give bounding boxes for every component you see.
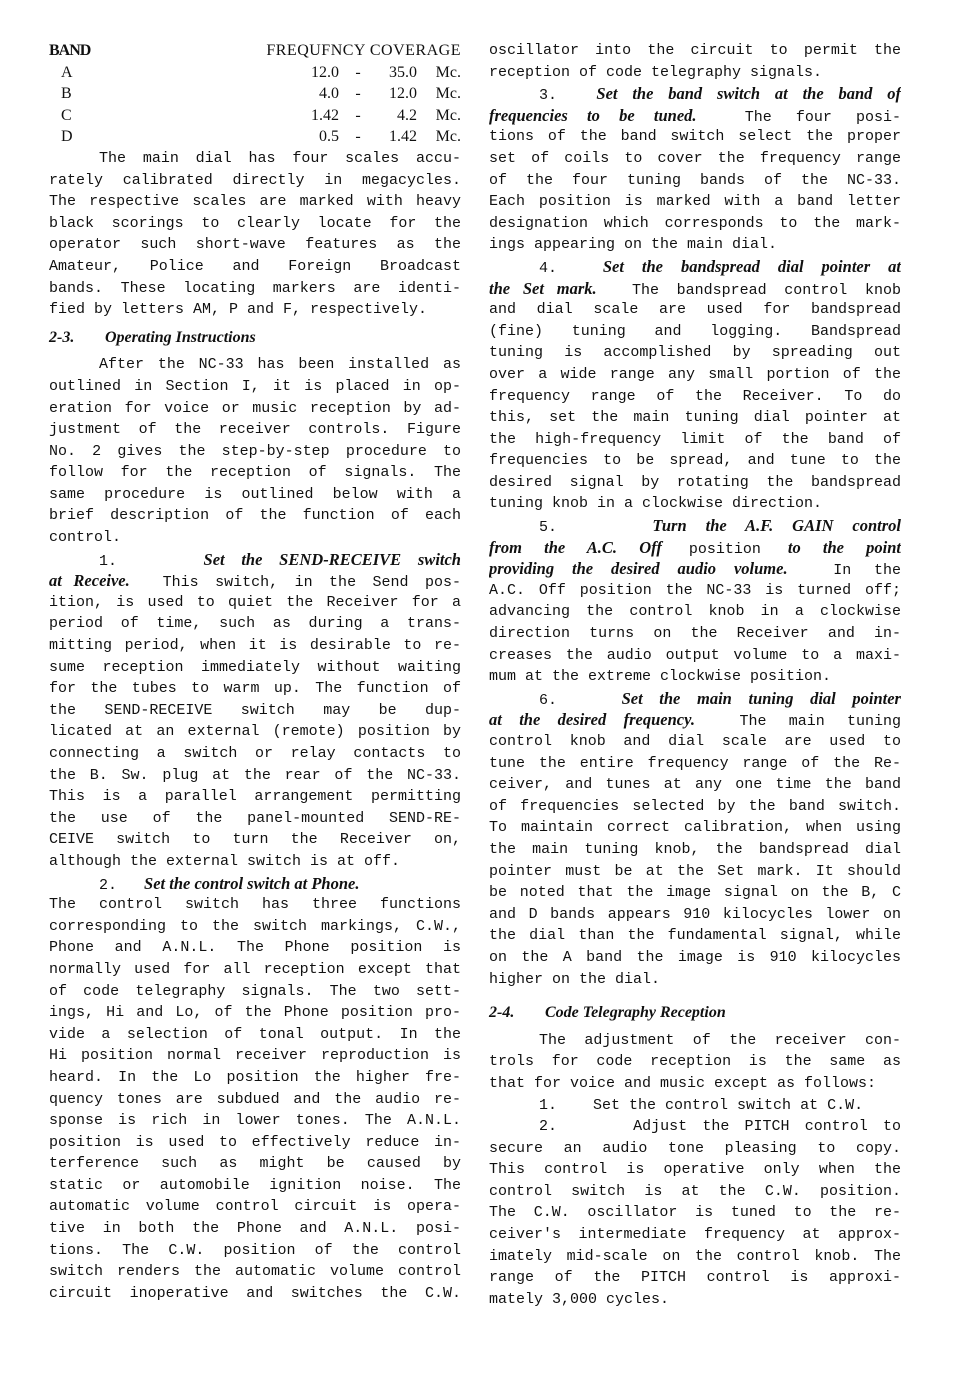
text-line: Hi position normal receiver reproduction… — [49, 1045, 461, 1067]
text-line: No. 2 gives the step-by-step procedure t… — [49, 441, 461, 463]
text-line: tune the entire frequency range of the R… — [489, 753, 901, 775]
text-line: ings appearing on the main dial. — [489, 234, 901, 256]
text-line: control knob and dial scale are used to — [489, 731, 901, 753]
text-line: sume reception immediately without waiti… — [49, 657, 461, 679]
text-line: on the A band the image is 910 kilocycle… — [489, 947, 901, 969]
step-text: position — [689, 541, 761, 558]
text-line: A.C. Off position the NC-33 is turned of… — [489, 580, 901, 602]
text-line: To maintain correct calibration, when us… — [489, 817, 901, 839]
frequency-unit: Mc. — [417, 83, 461, 105]
text-line: same procedure is outlined below with a — [49, 484, 461, 506]
text-line: bands. These locating markers are identi… — [49, 278, 461, 300]
band-header: BAND — [49, 40, 89, 62]
step-3-title-line: 3. Set the band switch at the band of — [489, 83, 901, 105]
step-3-body: tions of the band switch select the prop… — [489, 126, 901, 256]
text-line: tions. The C.W. position of the control — [49, 1240, 461, 1262]
text-line: tive in both the Phone and A.N.L. posi- — [49, 1218, 461, 1240]
step-number: 2. — [99, 877, 117, 894]
section-heading-2-4: 2-4.Code Telegraphy Reception — [489, 1002, 901, 1024]
step-5-title-line-2: from the A.C. Off position to the point — [489, 537, 901, 559]
text-line: the main tuning knob, the bandspread dia… — [489, 839, 901, 861]
text-line: direction turns on the Receiver and in- — [489, 623, 901, 645]
step-number: 6. — [539, 692, 557, 709]
text-line: higher on the dial. — [489, 969, 901, 991]
band-row: D0.5-1.42Mc. — [49, 126, 461, 148]
step-6: 6. Set the main tuning dial pointer at t… — [489, 688, 901, 990]
text-line: justment of the receiver controls. Figur… — [49, 419, 461, 441]
step-title: Set the main tuning dial pointer — [622, 689, 901, 708]
text-line: creases the audio output volume to a max… — [489, 645, 901, 667]
text-line: control switch is at the C.W. position. — [489, 1181, 901, 1203]
text-line: corresponding to the switch markings, C.… — [49, 916, 461, 938]
text-line: mately 3,000 cycles. — [489, 1289, 901, 1311]
step-6-title-line: 6. Set the main tuning dial pointer — [489, 688, 901, 710]
step-title-cont: at the desired frequency. — [489, 710, 695, 729]
text-line: This is a parallel arrangement permittin… — [49, 786, 461, 808]
text-line: control. — [49, 527, 461, 549]
text-line: Phone and A.N.L. The Phone position is — [49, 937, 461, 959]
step-5: 5. Turn the A.F. GAIN control from the A… — [489, 515, 901, 688]
text-line: This control is operative only when the — [489, 1159, 901, 1181]
frequency-high: 4.2 — [367, 105, 417, 127]
step-5-title-line: 5. Turn the A.F. GAIN control — [489, 515, 901, 537]
text-line: CEIVE switch to turn the Receiver on, — [49, 829, 461, 851]
step-2-title-line: 2. Set the control switch at Phone. — [49, 873, 461, 895]
step-number: 2. — [539, 1118, 557, 1135]
code-step-2-body: secure an audio tone pleasing to copy.Th… — [489, 1138, 901, 1311]
text-line: connecting a switch or relay contacts to — [49, 743, 461, 765]
frequency-low: 12.0 — [89, 62, 349, 84]
text-line: The adjustment of the receiver con- — [489, 1030, 901, 1052]
step-text: This switch, in the Send pos- — [163, 574, 461, 591]
text-line: imately mid-scale on the control knob. T… — [489, 1246, 901, 1268]
text-line: range of the PITCH control is approxi- — [489, 1267, 901, 1289]
code-intro-paragraph: The adjustment of the receiver con-trols… — [489, 1030, 901, 1095]
code-step-2-first-line: 2. Adjust the PITCH control to — [489, 1116, 901, 1138]
band-letter: A — [49, 62, 89, 84]
step-4-title-line: 4. Set the bandspread dial pointer at — [489, 256, 901, 278]
left-column: BAND FREQUFNCY COVERAGE A12.0-35.0Mc.B4.… — [49, 40, 461, 1304]
text-line: The respective scales are marked with he… — [49, 191, 461, 213]
step-1-title-line-2: at Receive. This switch, in the Send pos… — [49, 570, 461, 592]
text-line: rately calibrated directly in megacycles… — [49, 170, 461, 192]
step-title-cont-3: providing the desired audio volume. — [489, 559, 788, 578]
section-number: 2-3. — [49, 327, 105, 349]
band-row: C1.42-4.2Mc. — [49, 105, 461, 127]
text-line: position is used to effectively reduce i… — [49, 1132, 461, 1154]
step-1-body: ition, is used to quiet the Receiver for… — [49, 592, 461, 873]
text-line: the B. Sw. plug at the rear of the NC-33… — [49, 765, 461, 787]
step-1: 1. Set the SEND-RECEIVE switch at Receiv… — [49, 549, 461, 873]
text-line: the SEND-RECEIVE switch may be dup- — [49, 700, 461, 722]
text-line: this, set the main tuning dial pointer a… — [489, 407, 901, 429]
step-text: In the — [833, 562, 901, 579]
text-line: heard. In the Lo position the higher fre… — [49, 1067, 461, 1089]
text-line: terference such as might be caused by — [49, 1153, 461, 1175]
text-line: The control switch has three functions — [49, 894, 461, 916]
frequency-unit: Mc. — [417, 62, 461, 84]
frequency-unit: Mc. — [417, 105, 461, 127]
step-number: 1. — [99, 553, 117, 570]
step-number: 3. — [539, 87, 557, 104]
step-4: 4. Set the bandspread dial pointer at th… — [489, 256, 901, 515]
text-line: vide a selection of tonal output. In the — [49, 1024, 461, 1046]
range-dash: - — [349, 83, 367, 105]
text-line: Amateur, Police and Foreign Broadcast — [49, 256, 461, 278]
text-line: and D bands appears 910 kilocycles lower… — [489, 904, 901, 926]
text-line: The main dial has four scales accu- — [49, 148, 461, 170]
range-dash: - — [349, 62, 367, 84]
text-line: circuit inoperative and switches the C.W… — [49, 1283, 461, 1305]
frequency-low: 4.0 — [89, 83, 349, 105]
step-1-title-line: 1. Set the SEND-RECEIVE switch — [49, 549, 461, 571]
text-line: frequency range of the Receiver. To do — [489, 386, 901, 408]
code-step-1: 1. Set the control switch at C.W. — [489, 1095, 901, 1117]
band-letter: D — [49, 126, 89, 148]
dial-paragraph: The main dial has four scales accu-ratel… — [49, 148, 461, 321]
step-text: Set the control switch at C.W. — [593, 1097, 863, 1114]
step-number: 4. — [539, 260, 557, 277]
step-title: Set the bandspread dial pointer at — [603, 257, 901, 276]
step-title-cont: at Receive. — [49, 571, 130, 590]
band-letter: B — [49, 83, 89, 105]
band-row: A12.0-35.0Mc. — [49, 62, 461, 84]
section-title: Code Telegraphy Reception — [545, 1004, 726, 1021]
step-text: Adjust the PITCH control to — [633, 1118, 901, 1135]
text-line: secure an audio tone pleasing to copy. — [489, 1138, 901, 1160]
text-line: outlined in Section I, it is placed in o… — [49, 376, 461, 398]
code-step-2: 2. Adjust the PITCH control to secure an… — [489, 1116, 901, 1310]
text-line: normally used for all reception except t… — [49, 959, 461, 981]
text-line: ceiver's intermediate frequency at appro… — [489, 1224, 901, 1246]
frequency-high: 1.42 — [367, 126, 417, 148]
text-line: mitting period, when it is desirable to … — [49, 635, 461, 657]
text-line: fied by letters AM, P and F, respectivel… — [49, 299, 461, 321]
text-line: black scorings to clearly locate for the — [49, 213, 461, 235]
step-title: Set the SEND-RECEIVE switch — [204, 550, 461, 569]
section-title: Operating Instructions — [105, 329, 256, 346]
text-line: automatic volume control circuit is oper… — [49, 1196, 461, 1218]
frequency-unit: Mc. — [417, 126, 461, 148]
step-text: The bandspread control knob — [632, 282, 901, 299]
text-line: (fine) tuning and logging. Bandspread — [489, 321, 901, 343]
frequency-high: 12.0 — [367, 83, 417, 105]
text-line: designation which corresponds to the mar… — [489, 213, 901, 235]
text-line: licated at an external (remote) position… — [49, 721, 461, 743]
band-table-header: BAND FREQUFNCY COVERAGE — [49, 40, 461, 62]
text-line: period of time, such as during a trans- — [49, 613, 461, 635]
text-line: and dial scale are used for bandspread — [489, 299, 901, 321]
step-title-cont: from the A.C. Off — [489, 538, 662, 557]
text-line: tuning is accomplished by spreading out — [489, 342, 901, 364]
right-column: oscillator into the circuit to permit th… — [489, 40, 901, 1310]
step-title-cont-2: to the point — [788, 538, 901, 557]
step-5-title-line-3: providing the desired audio volume. In t… — [489, 558, 901, 580]
range-dash: - — [349, 126, 367, 148]
band-table-rows: A12.0-35.0Mc.B4.0-12.0Mc.C1.42-4.2Mc.D0.… — [49, 62, 461, 148]
text-line: quency tones are subdued and the audio r… — [49, 1089, 461, 1111]
text-line: ings, Hi and Lo, of the Phone position p… — [49, 1002, 461, 1024]
section-heading-2-3: 2-3.Operating Instructions — [49, 327, 461, 349]
text-line: although the external switch is at off. — [49, 851, 461, 873]
band-frequency-table: BAND FREQUFNCY COVERAGE A12.0-35.0Mc.B4.… — [49, 40, 461, 148]
text-line: advancing the control knob in a clockwis… — [489, 601, 901, 623]
text-line: over a wide range any small portion of t… — [489, 364, 901, 386]
step-title-cont: frequencies to be tuned. — [489, 106, 697, 125]
step-number: 1. — [539, 1097, 557, 1114]
step-title: Turn the A.F. GAIN control — [652, 516, 901, 535]
text-line: pointer must be at the Set mark. It shou… — [489, 861, 901, 883]
spacer — [489, 990, 901, 996]
step-3-title-line-2: frequencies to be tuned. The four posi- — [489, 105, 901, 127]
text-line: follow for the reception of signals. The — [49, 462, 461, 484]
text-line: tions of the band switch select the prop… — [489, 126, 901, 148]
text-line: switch renders the automatic volume cont… — [49, 1261, 461, 1283]
step-6-title-line-2: at the desired frequency. The main tunin… — [489, 709, 901, 731]
step-text: The main tuning — [739, 713, 901, 730]
text-line: oscillator into the circuit to permit th… — [489, 40, 901, 62]
text-line: set of coils to cover the frequency rang… — [489, 148, 901, 170]
text-line: sponse is rich in lower tones. The A.N.L… — [49, 1110, 461, 1132]
text-line: static or automobile ignition noise. The — [49, 1175, 461, 1197]
text-line: of code telegraphy signals. The two sett… — [49, 981, 461, 1003]
step-2: 2. Set the control switch at Phone. The … — [49, 873, 461, 1305]
text-line: that for voice and music except as follo… — [489, 1073, 901, 1095]
text-line: eration for voice or music reception by … — [49, 398, 461, 420]
band-letter: C — [49, 105, 89, 127]
text-line: mum at the extreme clockwise position. — [489, 666, 901, 688]
text-line: reception of code telegraphy signals. — [489, 62, 901, 84]
text-line: Each position is marked with a band lett… — [489, 191, 901, 213]
step-5-body: A.C. Off position the NC-33 is turned of… — [489, 580, 901, 688]
step-2-continued: oscillator into the circuit to permit th… — [489, 40, 901, 83]
text-line: operator such short-wave features as the — [49, 234, 461, 256]
text-line: be noted that the image signal on the B,… — [489, 882, 901, 904]
band-row: B4.0-12.0Mc. — [49, 83, 461, 105]
step-2-body: The control switch has three functionsco… — [49, 894, 461, 1304]
step-text: The four posi- — [745, 109, 901, 126]
range-dash: - — [349, 105, 367, 127]
text-line: the use of the panel-mounted SEND-RE- — [49, 808, 461, 830]
step-6-body: control knob and dial scale are used tot… — [489, 731, 901, 990]
step-title-cont: the Set mark. — [489, 279, 597, 298]
text-line: ceiver, and tunes at any one time the ba… — [489, 774, 901, 796]
text-line: brief description of the function of eac… — [49, 505, 461, 527]
text-line: of the four tuning bands of the NC-33. — [489, 170, 901, 192]
text-line: desired signal by rotating the bandsprea… — [489, 472, 901, 494]
step-number: 5. — [539, 519, 557, 536]
text-line: frequencies to be spread, and tune to th… — [489, 450, 901, 472]
frequency-low: 1.42 — [89, 105, 349, 127]
frequency-low: 0.5 — [89, 126, 349, 148]
text-line: the high-frequency limit of the band of — [489, 429, 901, 451]
text-line: of frequencies selected by the band swit… — [489, 796, 901, 818]
text-line: The C.W. oscillator is tuned to the re- — [489, 1202, 901, 1224]
text-line: the dial than the fundamental signal, wh… — [489, 925, 901, 947]
text-line: tuning knob in a clockwise direction. — [489, 493, 901, 515]
frequency-high: 35.0 — [367, 62, 417, 84]
frequency-coverage-header: FREQUFNCY COVERAGE — [89, 40, 461, 62]
intro-paragraph: After the NC-33 has been installed asout… — [49, 354, 461, 548]
step-4-title-line-2: the Set mark. The bandspread control kno… — [489, 278, 901, 300]
text-line: for the tubes to warm up. The function o… — [49, 678, 461, 700]
step-4-body: and dial scale are used for bandspread(f… — [489, 299, 901, 515]
step-title: Set the band switch at the band of — [596, 84, 901, 103]
text-line: trols for code reception is the same as — [489, 1051, 901, 1073]
step-title: Set the control switch at Phone. — [144, 874, 359, 893]
section-number: 2-4. — [489, 1002, 545, 1024]
text-line: ition, is used to quiet the Receiver for… — [49, 592, 461, 614]
step-3: 3. Set the band switch at the band of fr… — [489, 83, 901, 256]
text-line: After the NC-33 has been installed as — [49, 354, 461, 376]
